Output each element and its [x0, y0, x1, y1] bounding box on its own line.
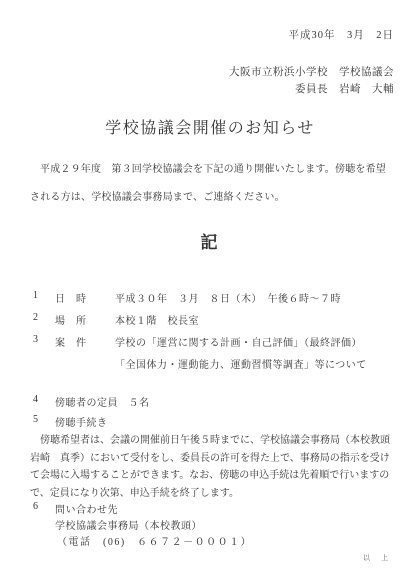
- contact-phone: （電話 (06) ６６７２－０００１）: [57, 533, 252, 548]
- item-place: 2 場 所 本校１階 校長室: [33, 312, 199, 327]
- item-number: 6: [33, 501, 55, 516]
- item-value: 学校の「運営に関する計画・自己評価」（最終評価）: [115, 334, 362, 349]
- procedure-body: 傍聴希望者は、会議の開催前日午後５時までに、学校協議会事務局（本校教頭 岩崎 真…: [30, 432, 394, 502]
- item-label: 傍聴手続き: [55, 414, 108, 429]
- item-agenda-continuation: 「全国体力・運動能力、運動習慣等調査」等について: [115, 356, 367, 371]
- intro-paragraph: 平成２９年度 第３回学校協議会を下記の通り開催いたします。傍聴を希望される方は、…: [30, 156, 396, 211]
- item-datetime: 1 日 時 平成３０年 ３月 ８日（木） 午後６時～７時: [33, 290, 341, 305]
- item-label: 日 時: [55, 290, 115, 305]
- item-number: 1: [33, 290, 55, 305]
- closing-mark: 以 上: [363, 553, 390, 563]
- record-heading: 記: [0, 228, 420, 253]
- item-value: 平成３０年 ３月 ８日（木） 午後６時～７時: [115, 290, 341, 305]
- item-label: 傍聴者の定員 ５名: [55, 394, 150, 409]
- item-capacity: 4 傍聴者の定員 ５名: [33, 394, 150, 409]
- item-number: 4: [33, 394, 55, 409]
- sender-chairperson: 委員長 岩崎 大輔: [229, 81, 394, 98]
- item-agenda: 3 案 件 学校の「運営に関する計画・自己評価」（最終評価）: [33, 334, 362, 349]
- sender-organization: 大阪市立粉浜小学校 学校協議会: [229, 64, 394, 81]
- item-number: 2: [33, 312, 55, 327]
- document-title: 学校協議会開催のお知らせ: [0, 115, 420, 138]
- item-number: 3: [33, 334, 55, 349]
- sender-block: 大阪市立粉浜小学校 学校協議会 委員長 岩崎 大輔: [229, 64, 394, 98]
- contact-office: 学校協議会事務局（本校教頭）: [55, 517, 202, 532]
- document-date: 平成30年 3月 2日: [289, 27, 395, 42]
- item-contact: 6 問い合わせ先: [33, 501, 118, 516]
- item-label: 場 所: [55, 312, 115, 327]
- item-number: 5: [33, 414, 55, 429]
- item-value: 本校１階 校長室: [115, 312, 199, 327]
- item-label: 案 件: [55, 334, 115, 349]
- document-page: 平成30年 3月 2日 大阪市立粉浜小学校 学校協議会 委員長 岩崎 大輔 学校…: [0, 0, 420, 588]
- item-procedure: 5 傍聴手続き: [33, 414, 108, 429]
- item-label: 問い合わせ先: [55, 501, 118, 516]
